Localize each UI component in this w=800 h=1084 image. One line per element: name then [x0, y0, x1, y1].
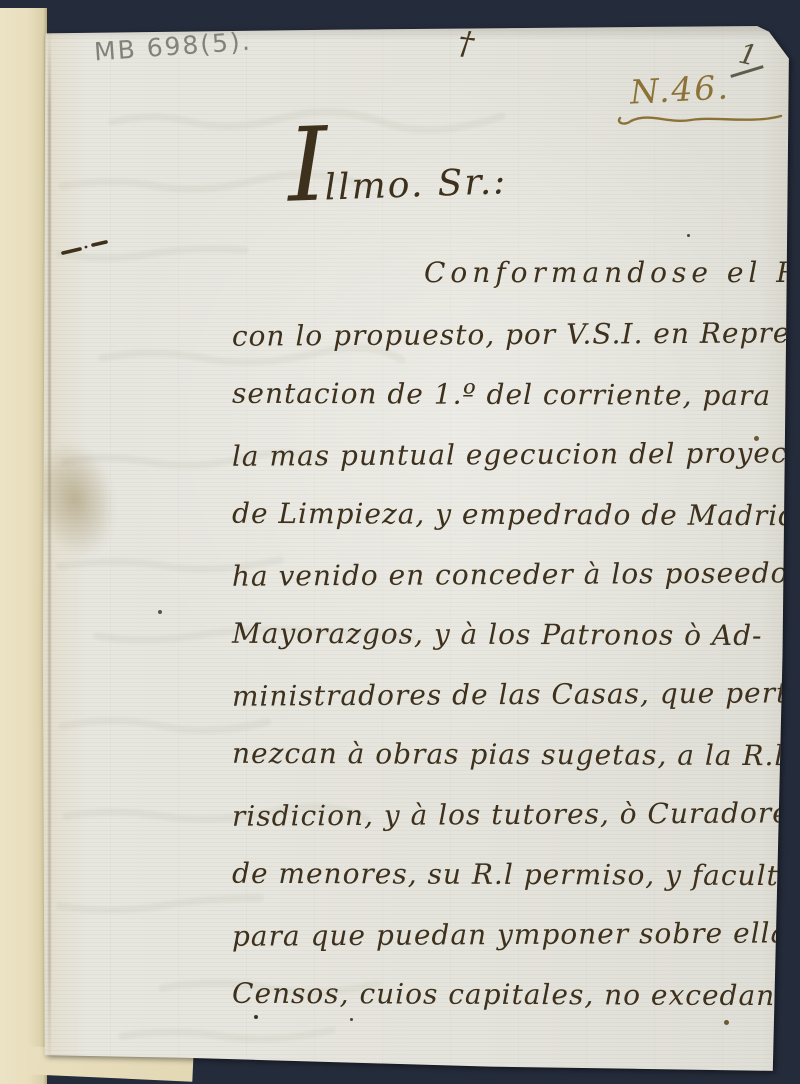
letter-salutation: Illmo. Sr.:	[287, 144, 508, 210]
folio-number-underline	[614, 106, 784, 126]
letter-line: Censos, cuios capitales, no excedan de	[232, 977, 800, 1040]
paper-speck	[158, 610, 162, 614]
margin-ink-mark	[60, 238, 114, 258]
letter-line: para que puedan ymponer sobre ellas	[232, 916, 800, 980]
scan-background: { "document_scan": { "background_color":…	[0, 0, 800, 1084]
letter-line: nezcan à obras pias sugetas, a la R.l Ju…	[232, 737, 800, 800]
letter-line: sentacion de 1.º del corriente, para	[232, 377, 800, 440]
letter-line: de menores, su R.l permiso, y facultad	[232, 857, 800, 920]
letter-opening-line: Conformandose el Rey	[424, 256, 800, 289]
letter-line: con lo propuesto, por V.S.I. en Repre-	[232, 316, 800, 380]
paper-speck	[687, 234, 690, 237]
manuscript-page-wrapper: MB 698(5). † 1 N.46. Illmo. Sr.: Conform…	[0, 0, 748, 1048]
letter-line: la mas puntual egecucion del proyecto	[232, 436, 800, 500]
letter-line: de Limpieza, y empedrado de Madrid	[232, 497, 800, 560]
letter-line: risdicion, y à los tutores, ò Curadores	[232, 796, 800, 860]
folio-number: N.46.	[629, 67, 731, 111]
letter-line: ministradores de las Casas, que perte-	[232, 676, 800, 740]
manuscript-page: MB 698(5). † 1 N.46. Illmo. Sr.: Conform…	[42, 26, 790, 1074]
letter-body: con lo propuesto, por V.S.I. en Repre- s…	[232, 318, 800, 1038]
letter-line: ha venido en conceder à los poseedores d…	[232, 556, 800, 620]
letter-line: Mayorazgos, y à los Patronos ò Ad-	[232, 617, 800, 680]
